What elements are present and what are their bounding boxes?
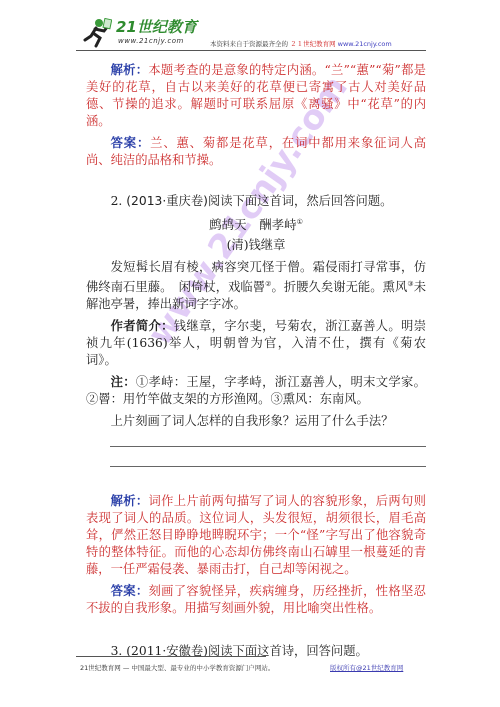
footnote-marker: ① (297, 218, 303, 226)
poem-author: (清)钱继章 (86, 237, 426, 254)
author-bio-label: 作者简介： (111, 319, 174, 333)
q2-question: 上片刻画了词人怎样的自我形象？运用了什么手法？ (86, 413, 426, 430)
header-note-prefix: 本资料来自于资源最齐全的 (210, 40, 288, 48)
site-logo[interactable]: 21世纪教育 www.21cnjy.com (82, 14, 212, 50)
q1-answer: 答案：兰、蕙、菊都是花草，在词中都用来象征词人高尚、纯洁的品格和节操。 (86, 135, 426, 169)
q2-stem: 2. (2013·重庆卷)阅读下面这首词，然后回答问题。 (86, 193, 426, 210)
header-note-url[interactable]: www.21cnjy.com (338, 40, 392, 48)
copyright-link[interactable]: 版权所有@21世纪教育网 (330, 663, 403, 672)
page-header: 21世纪教育 www.21cnjy.com 本资料来自于资源最齐全的 ２１世纪教… (76, 12, 426, 52)
q3-stem: 3. (2011·安徽卷)阅读下面这首诗，回答问题。 (86, 643, 426, 660)
header-note-brand: ２１世纪教育网 (290, 40, 336, 48)
header-divider (76, 50, 426, 51)
notes-label: 注： (111, 375, 136, 389)
analysis-label: 解析： (111, 63, 149, 77)
question-number: 2. (111, 194, 123, 208)
author-bio: 作者简介：钱继章，字尔斐，号菊农，浙江嘉善人。明崇祯九年(1636)举人，明朝曾… (86, 318, 426, 369)
analysis-label: 解析： (111, 494, 149, 508)
poem-line: 。折腰久矣谢无能。熏风 (271, 280, 407, 294)
question-source: (2013·重庆卷) (126, 194, 208, 208)
answer-line-1[interactable] (110, 446, 426, 447)
runner-logo-icon (82, 18, 112, 48)
header-note: 本资料来自于资源最齐全的 ２１世纪教育网 www.21cnjy.com (210, 39, 392, 48)
poem-body: 发短髯长眉有棱，病容突兀怪于僧。霜侵雨打寻常事，仿佛终南石里藤。 闲倚杖，戏临罾… (86, 259, 426, 313)
logo-text: 21世纪教育 (116, 16, 197, 37)
footer-text: 21世纪教育网 — 中国最大型、最专业的中小学教育资源门户网站。 (80, 663, 274, 672)
poem-notes: 注：①孝峙：王屋，字孝峙，浙江嘉善人，明末文学家。②罾：用竹竿做支架的方形渔网。… (86, 374, 426, 408)
q2-analysis: 解析：词作上片前两句描写了词人的容貌形象，后两句则表现了词人的品质。这位词人，头… (86, 493, 426, 578)
document-body: 解析：本题考查的是意象的特定内涵。“兰”“蕙”“菊”都是美好的花草，自古以来美好… (86, 62, 426, 660)
q2-answer: 答案：刻画了容貌怪异，疾病缠身，历经挫折，性格坚忍不拔的自我形象。用描写刻画外貌… (86, 583, 426, 617)
logo-url: www.21cnjy.com (118, 37, 184, 45)
footer-divider (76, 656, 266, 657)
poem-title: 鹧鸪天 酬孝峙① (86, 214, 426, 233)
answer-label: 答案： (111, 584, 149, 598)
answer-label: 答案： (111, 136, 151, 150)
question-text: 阅读下面这首词，然后回答问题。 (208, 194, 392, 208)
answer-line-2[interactable] (110, 466, 426, 467)
poem-title-text: 鹧鸪天 酬孝峙 (209, 217, 297, 232)
q1-analysis: 解析：本题考查的是意象的特定内涵。“兰”“蕙”“菊”都是美好的花草，自古以来美好… (86, 62, 426, 130)
notes-text: ①孝峙：王屋，字孝峙，浙江嘉善人，明末文学家。②罾：用竹竿做支架的方形渔网。③熏… (86, 375, 426, 406)
